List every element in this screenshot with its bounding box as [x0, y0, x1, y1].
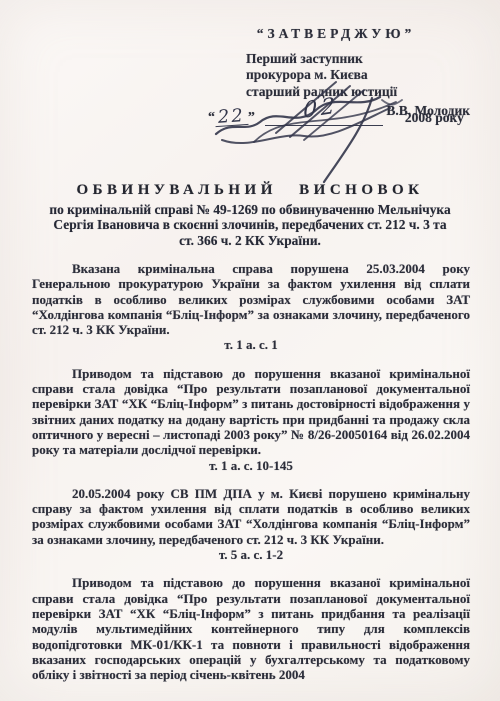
document-title: ОБВИНУВАЛЬНИЙ ВИСНОВОК: [0, 182, 500, 199]
body-paragraph: Вказана кримінальна справа порушена 25.0…: [32, 261, 470, 337]
year-label: 2008 року: [405, 110, 464, 126]
day-close-quote: ”: [248, 110, 255, 126]
title-block: ОБВИНУВАЛЬНИЙ ВИСНОВОК по кримінальній с…: [0, 182, 500, 248]
volume-page-citation: т. 1 а. с. 1: [32, 337, 470, 352]
approval-titles: Перший заступник прокурора м. Києва стар…: [246, 51, 476, 100]
handwritten-day: 22: [214, 109, 248, 127]
approver-title-line: прокурора м. Києва: [246, 67, 476, 83]
document-subtitle: по кримінальній справі № 49-1269 по обви…: [0, 202, 500, 248]
volume-page-citation: т. 5 а. с. 1-2: [32, 547, 470, 562]
body-paragraph: Приводом та підставою до порушення вказа…: [32, 366, 470, 458]
approval-date-line: “22” 02 2008 року: [208, 110, 476, 126]
document-body: Вказана кримінальна справа порушена 25.0…: [32, 261, 470, 695]
approval-heading: “ЗАТВЕРДЖУЮ”: [200, 26, 476, 42]
month-underline: 02: [265, 110, 383, 126]
approver-title-line: старший радник юстиції: [246, 84, 476, 100]
scanned-document-page: “ЗАТВЕРДЖУЮ” Перший заступник прокурора …: [0, 0, 500, 701]
approver-title-line: Перший заступник: [246, 51, 476, 67]
subtitle-line: Сергія Івановича в скоєнні злочинів, пер…: [0, 217, 500, 232]
subtitle-line: ст. 366 ч. 2 КК України.: [0, 233, 500, 248]
approval-block: “ЗАТВЕРДЖУЮ” Перший заступник прокурора …: [200, 26, 476, 126]
handwritten-month: 02: [303, 93, 339, 124]
volume-page-citation: т. 1 а. с. 10-145: [32, 458, 470, 473]
body-paragraph: Приводом та підставою до порушення вказа…: [32, 575, 470, 682]
body-paragraph: 20.05.2004 року СВ ПМ ДПА у м. Києві пор…: [32, 486, 470, 547]
subtitle-line: по кримінальній справі № 49-1269 по обви…: [0, 202, 500, 217]
